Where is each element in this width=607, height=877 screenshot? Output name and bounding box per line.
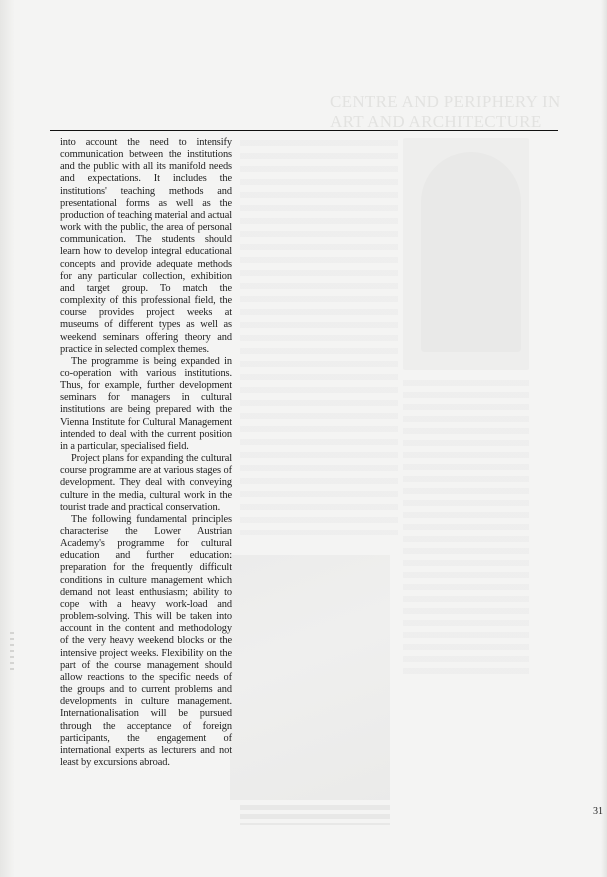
bleed-through-photo: [403, 138, 529, 370]
bleed-through-photo-bottom: [230, 555, 390, 800]
bleed-through-text-column: [240, 140, 398, 535]
bleed-through-title: CENTRE AND PERIPHERY IN ART AND ARCHITEC…: [330, 92, 580, 132]
paragraph-principles: The following fundamental principles cha…: [60, 514, 232, 769]
scan-left-edge: [0, 0, 14, 877]
horizontal-rule: [50, 130, 558, 131]
bleed-through-caption: [240, 805, 390, 825]
margin-mark: [10, 632, 14, 672]
paragraph-project-plans: Project plans for expanding the cultural…: [60, 453, 232, 514]
bleed-through-caption-column: [403, 380, 529, 680]
scan-right-edge: [601, 0, 607, 877]
body-text-column: into account the need to intensify commu…: [60, 137, 232, 769]
paragraph-expansion: The programme is being expanded in co-op…: [60, 356, 232, 453]
page-number: 31: [593, 806, 603, 817]
paragraph-continuation: into account the need to intensify commu…: [60, 137, 232, 356]
